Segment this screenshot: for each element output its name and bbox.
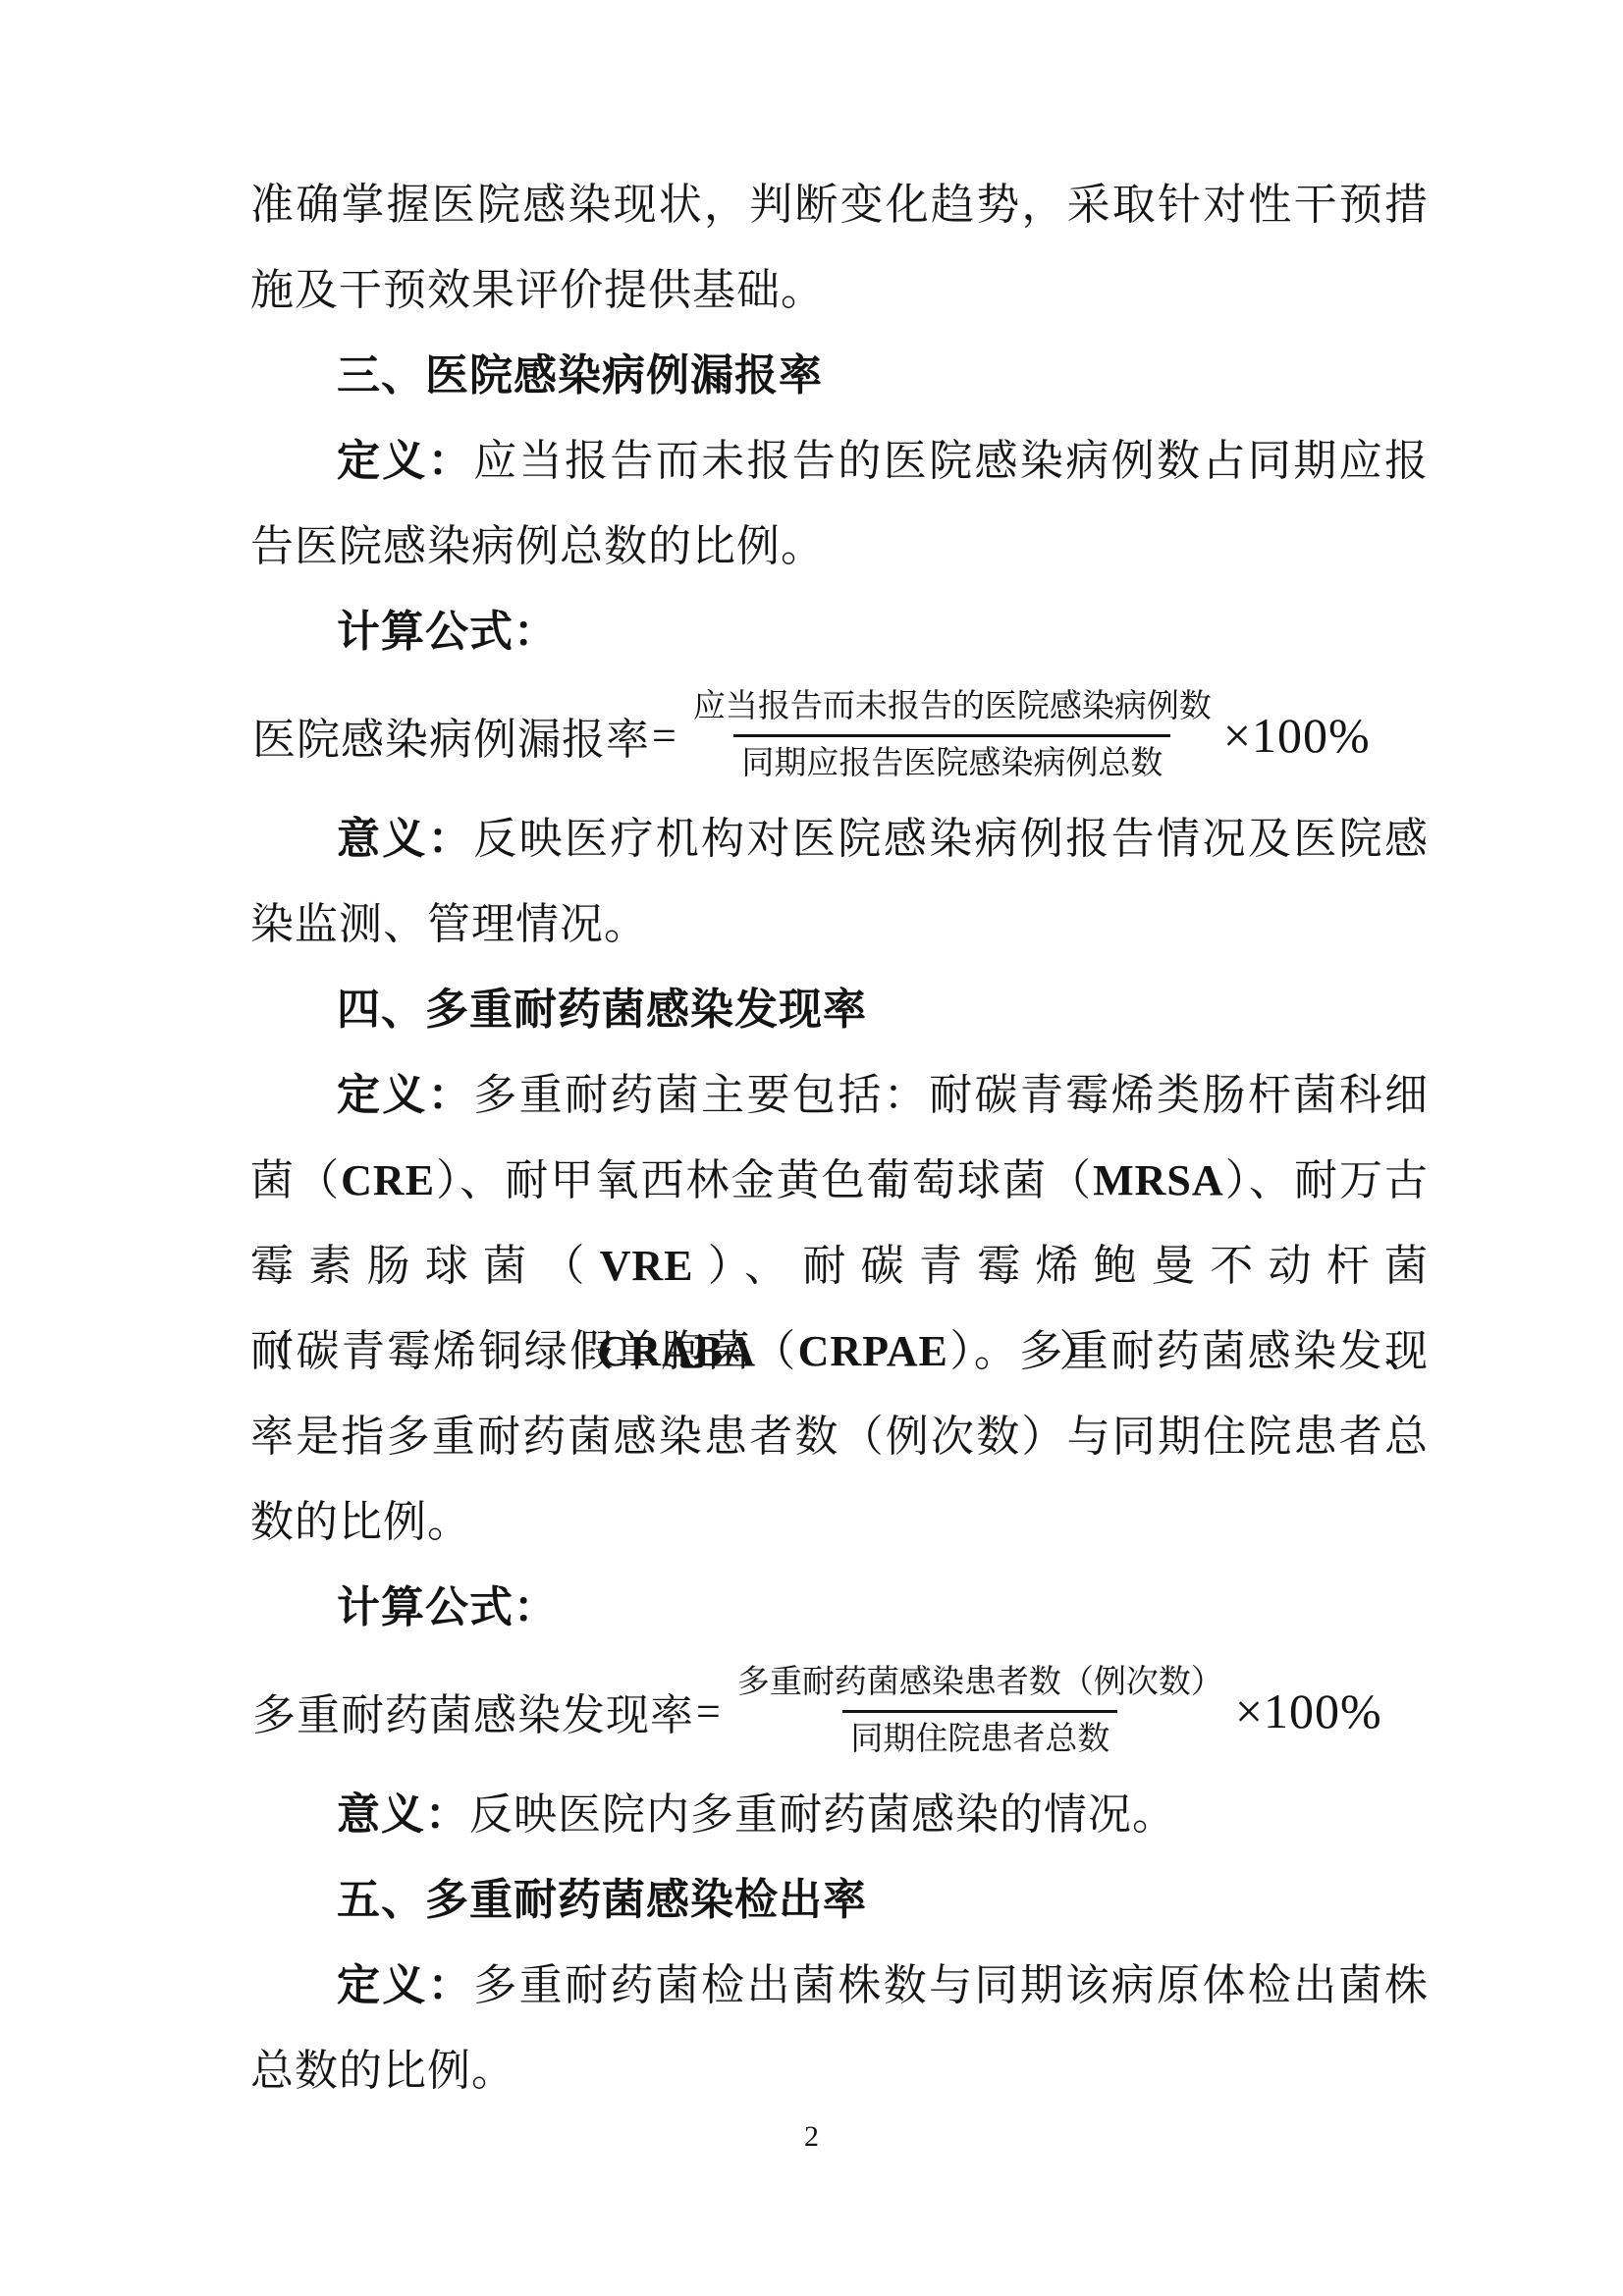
text-line: 霉素肠球菌（VRE）、耐碳青霉烯鲍曼不动杆菌（CRABA）、 bbox=[250, 1223, 1429, 1308]
bold-text-segment: 五、多重耐药菌感染检出率 bbox=[337, 1876, 867, 1924]
text-line: 耐碳青霉烯铜绿假单胞菌（CRPAE）。多重耐药菌感染发现 bbox=[250, 1308, 1429, 1394]
text-line: 定义：多重耐药菌主要包括：耐碳青霉烯类肠杆菌科细 bbox=[250, 1052, 1429, 1138]
text-segment: 率是指多重耐药菌感染患者数（例次数）与同期住院患者总 bbox=[250, 1413, 1429, 1461]
text-segment: ）。多重耐药菌感染发现 bbox=[948, 1327, 1429, 1375]
text-segment: 总数的比例。 bbox=[250, 2047, 515, 2095]
text-segment: ）、耐万古 bbox=[1224, 1156, 1429, 1204]
formula-equals: = bbox=[696, 1686, 722, 1736]
text-segment: 染监测、管理情况。 bbox=[250, 900, 648, 948]
text-line: 定义：应当报告而未报告的医院感染病例数占同期应报 bbox=[250, 418, 1429, 504]
formula-multiplier: ×100% bbox=[1223, 707, 1371, 764]
fraction-denominator: 同期应报告医院感染病例总数 bbox=[733, 734, 1170, 786]
text-segment: 应当报告而未报告的医院感染病例数占同期应报 bbox=[473, 437, 1429, 485]
formula-block: 多重耐药菌感染发现率=多重耐药菌感染患者数（例次数）同期住院患者总数×100% bbox=[250, 1650, 1429, 1772]
text-segment: 施及干预效果评价提供基础。 bbox=[250, 266, 825, 314]
bold-text-segment: CRE bbox=[341, 1156, 435, 1204]
text-segment: 告医院感染病例总数的比例。 bbox=[250, 522, 825, 570]
formula-multiplier: ×100% bbox=[1235, 1682, 1382, 1739]
fraction-numerator: 应当报告而未报告的医院感染病例数 bbox=[685, 685, 1219, 734]
bold-text-segment: CRPAE bbox=[798, 1327, 948, 1375]
bold-text-segment: 意义： bbox=[337, 1790, 469, 1839]
text-segment: 霉素肠球菌（ bbox=[250, 1242, 600, 1290]
text-line: 总数的比例。 bbox=[250, 2028, 1429, 2113]
bold-text-segment: 意义： bbox=[337, 815, 473, 863]
text-line: 施及干预效果评价提供基础。 bbox=[250, 247, 1429, 333]
formula-fraction: 应当报告而未报告的医院感染病例数同期应报告医院感染病例总数 bbox=[685, 685, 1219, 785]
bold-text-segment: 定义： bbox=[337, 1071, 473, 1119]
text-line: 计算公式： bbox=[250, 589, 1429, 674]
bold-text-segment: MRSA bbox=[1093, 1156, 1224, 1204]
text-line: 意义：反映医疗机构对医院感染病例报告情况及医院感 bbox=[250, 796, 1429, 881]
text-segment: 耐碳青霉烯铜绿假单胞菌（ bbox=[250, 1327, 798, 1375]
text-line: 数的比例。 bbox=[250, 1479, 1429, 1565]
formula-lhs: 多重耐药菌感染发现率 bbox=[252, 1680, 694, 1742]
bold-text-segment: 定义： bbox=[337, 1961, 473, 2009]
text-line: 意义：反映医院内多重耐药菌感染的情况。 bbox=[250, 1772, 1429, 1857]
text-line: 准确掌握医院感染现状，判断变化趋势，采取针对性干预措 bbox=[250, 162, 1429, 247]
formula-fraction: 多重耐药菌感染患者数（例次数）同期住院患者总数 bbox=[730, 1661, 1231, 1761]
text-segment: 多重耐药菌检出菌株数与同期该病原体检出菌株 bbox=[473, 1961, 1429, 2009]
page-number: 2 bbox=[804, 2120, 819, 2153]
document-page: 准确掌握医院感染现状，判断变化趋势，采取针对性干预措施及干预效果评价提供基础。三… bbox=[0, 0, 1623, 2296]
fraction-numerator: 多重耐药菌感染患者数（例次数） bbox=[730, 1661, 1231, 1710]
text-line: 定义：多重耐药菌检出菌株数与同期该病原体检出菌株 bbox=[250, 1943, 1429, 2028]
fraction-denominator: 同期住院患者总数 bbox=[842, 1710, 1117, 1762]
formula-block: 医院感染病例漏报率=应当报告而未报告的医院感染病例数同期应报告医院感染病例总数×… bbox=[250, 674, 1429, 796]
heading-line: 五、多重耐药菌感染检出率 bbox=[250, 1857, 1429, 1943]
bold-text-segment: 定义： bbox=[337, 437, 473, 485]
text-line: 计算公式： bbox=[250, 1565, 1429, 1650]
bold-text-segment: 四、多重耐药菌感染发现率 bbox=[337, 986, 867, 1034]
bold-text-segment: VRE bbox=[600, 1242, 694, 1290]
text-line: 菌（CRE）、耐甲氧西林金黄色葡萄球菌（MRSA）、耐万古 bbox=[250, 1138, 1429, 1223]
bold-text-segment: 计算公式： bbox=[337, 1583, 558, 1631]
text-segment: 准确掌握医院感染现状，判断变化趋势，采取针对性干预措 bbox=[250, 181, 1429, 229]
text-line: 染监测、管理情况。 bbox=[250, 881, 1429, 967]
text-segment: ）、耐甲氧西林金黄色葡萄球菌（ bbox=[435, 1156, 1093, 1204]
text-segment: 反映医疗机构对医院感染病例报告情况及医院感 bbox=[473, 815, 1429, 863]
text-segment: 多重耐药菌主要包括：耐碳青霉烯类肠杆菌科细 bbox=[473, 1071, 1429, 1119]
bold-text-segment: 计算公式： bbox=[337, 608, 558, 656]
heading-line: 四、多重耐药菌感染发现率 bbox=[250, 967, 1429, 1052]
formula-equals: = bbox=[652, 711, 677, 761]
heading-line: 三、医院感染病例漏报率 bbox=[250, 333, 1429, 418]
page-number-footer: 2 bbox=[0, 2120, 1623, 2154]
text-segment: 反映医院内多重耐药菌感染的情况。 bbox=[469, 1790, 1176, 1839]
text-line: 率是指多重耐药菌感染患者数（例次数）与同期住院患者总 bbox=[250, 1394, 1429, 1479]
text-line: 告医院感染病例总数的比例。 bbox=[250, 504, 1429, 589]
bold-text-segment: 三、医院感染病例漏报率 bbox=[337, 351, 823, 400]
text-segment: 菌（ bbox=[250, 1156, 341, 1204]
formula-lhs: 医院感染病例漏报率 bbox=[252, 704, 650, 767]
document-body: 准确掌握医院感染现状，判断变化趋势，采取针对性干预措施及干预效果评价提供基础。三… bbox=[250, 162, 1429, 2113]
text-segment: 数的比例。 bbox=[250, 1498, 471, 1546]
